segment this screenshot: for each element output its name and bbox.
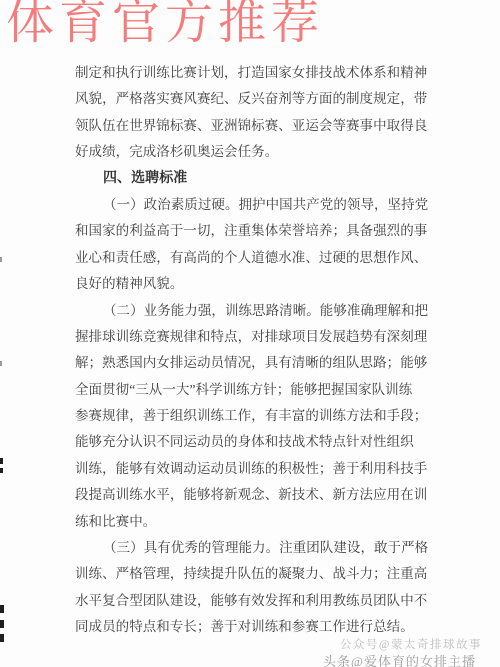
text-line: 和国家的利益高于一切，注重集体荣誉培养；具备强烈的事	[75, 218, 429, 244]
scan-artifact-mark	[0, 605, 4, 613]
text-line: 训练、严格管理，持续提升队伍的凝聚力、战斗力；注重高	[75, 561, 429, 587]
scan-artifact-mark	[0, 458, 3, 464]
text-line: 解；熟悉国内女排运动员情况，具有清晰的组队思路；能够	[75, 350, 429, 376]
text-line: 段提高训练水平，能够将新观念、新技术、新方法应用在训	[75, 482, 429, 508]
text-line: 参赛规律，善于组织训练工作，有丰富的训练方法和手段；	[75, 403, 429, 429]
footer-watermark-line2: 头条@爱体育的女排主播	[323, 651, 476, 667]
text-line: 好成绩，完成洛杉矶奥运会任务。	[75, 139, 429, 165]
footer-watermark-line1: 公众号@蒙太奇排球故事	[340, 636, 482, 652]
scanned-document-page: 体育官方推荐 制定和执行训练比赛计划，打造国家女排技战术体系和精神风貌，严格落实…	[0, 0, 500, 667]
text-line: （一）政治素质过硬。拥护中国共产党的领导，坚持党	[75, 192, 429, 218]
section-heading: 四、选聘标准	[75, 166, 429, 192]
scan-artifact-mark	[0, 634, 4, 642]
scan-artifact-mark	[0, 257, 2, 262]
text-line: 领队伍在世界锦标赛、亚洲锦标赛、亚运会等赛事中取得良	[75, 113, 429, 139]
scan-artifact-mark	[0, 620, 4, 628]
text-line: 制定和执行训练比赛计划，打造国家女排技战术体系和精神	[75, 60, 429, 86]
text-line: （三）具有优秀的管理能力。注重团队建设，敢于严格	[75, 535, 429, 561]
text-line: 训练，能够有效调动运动员训练的积极性；善于利用科技手	[75, 456, 429, 482]
text-line: 业心和责任感，有高尚的个人道德水准、过硬的思想作风、	[75, 245, 429, 271]
scan-artifact-mark	[0, 468, 3, 473]
text-line: （二）业务能力强，训练思路清晰。能够准确理解和把	[75, 298, 429, 324]
red-watermark-title: 体育官方推荐	[6, 0, 324, 53]
text-line: 良好的精神风貌。	[75, 271, 429, 297]
document-text-block: 制定和执行训练比赛计划，打造国家女排技战术体系和精神风貌，严格落实赛风赛纪、反兴…	[75, 60, 429, 641]
text-line: 水平复合型团队建设，能够有效发挥和利用教练员团队中不	[75, 588, 429, 614]
text-line: 风貌，严格落实赛风赛纪、反兴奋剂等方面的制度规定，带	[75, 86, 429, 112]
text-line: 能够充分认识不同运动员的身体和技战术特点针对性组织	[75, 429, 429, 455]
text-line: 练和比赛中。	[75, 509, 429, 535]
text-line: 握排球训练竞赛规律和特点，对排球项目发展趋势有深刻理	[75, 324, 429, 350]
scan-artifact-mark	[0, 361, 2, 366]
text-line: 全面贯彻“三从一大”科学训练方针；能够把握国家队训练	[75, 377, 429, 403]
